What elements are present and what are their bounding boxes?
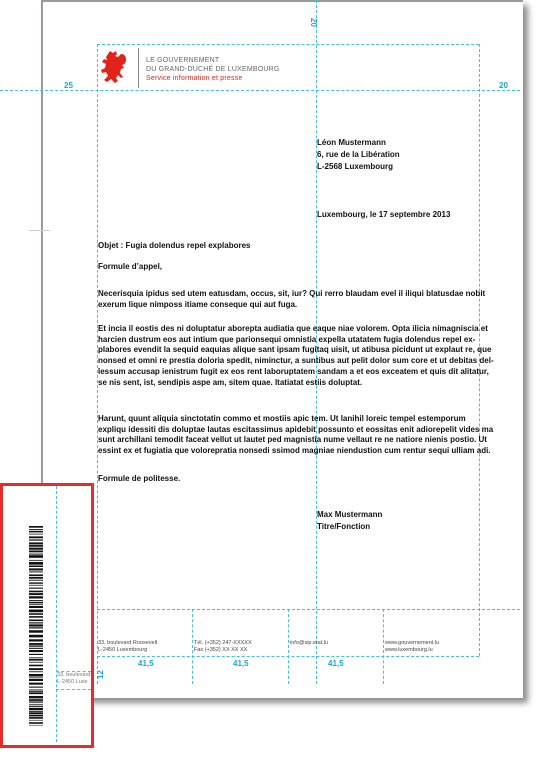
- barcode-guide-h2: [56, 689, 91, 690]
- footer-email: info@sip.etat.lu: [290, 640, 328, 647]
- body-line: exerum lique nimposs itiame conseque qui…: [98, 300, 297, 311]
- body-line: nonsed et omni re prestia doloria spedit…: [98, 356, 494, 367]
- footer-fax: Fax (+352) XX XX XX: [194, 647, 252, 654]
- footer-phone: Tél. (+352) 247-XXXXX Fax (+352) XX XX X…: [194, 640, 252, 654]
- salutation: Formule d’appel,: [98, 262, 162, 273]
- guide-top-margin: [97, 44, 479, 45]
- guide-col2: [192, 609, 193, 684]
- dim-bottom: 12: [96, 670, 105, 679]
- footer-address-line2: L-2450 Luxembourg: [98, 647, 157, 654]
- signature-title: Titre/Fonction: [317, 522, 370, 533]
- dim-right: 20: [499, 81, 508, 90]
- body-line: essint ex et fugiatia que volorepratia n…: [98, 446, 491, 457]
- logo-separator: [138, 48, 139, 88]
- guide-footer-top: [97, 609, 520, 610]
- logo-text: LE GOUVERNEMENT DU GRAND-DUCHÉ DE LUXEMB…: [146, 56, 280, 83]
- body-line: Et incia il eostis des ni doluptatur abo…: [98, 324, 488, 335]
- dim-col1: 41,5: [138, 659, 154, 668]
- body-line: sunt archillani temodit faceat vellut ut…: [98, 435, 487, 446]
- body-line: se nis sent, ist, sendipis aspe am, site…: [98, 378, 362, 389]
- service-name: Service information et presse: [146, 74, 280, 83]
- footer-web2: www.luxembourg.lu: [385, 647, 439, 654]
- body-line: Necerisquia ipidus sed utem eatusdam, oc…: [98, 289, 485, 300]
- recipient-street: 6, rue de la Libération: [317, 150, 400, 161]
- guide-header-bottom: [0, 90, 520, 91]
- dim-left: 25: [64, 81, 73, 90]
- body-line: harcien dustrum eos aut intium que pario…: [98, 335, 475, 346]
- footer-web1: www.gouvernement.lu: [385, 640, 439, 647]
- recipient-city: L-2568 Luxembourg: [317, 162, 393, 173]
- subject-line: Objet : Fugia dolendus repel explabores: [98, 241, 250, 252]
- body-line: lessum accusap ienistrum fugit ex eos re…: [98, 367, 489, 378]
- footer-address: 33, boulevard Roosevelt L-2450 Luxembour…: [98, 640, 157, 654]
- body-line: plabores evendit la sequid eaquias aliqu…: [98, 345, 491, 356]
- dim-col3: 41,5: [328, 659, 344, 668]
- body-line: Harunt, quunt aliquia sinctotatin commo …: [98, 414, 466, 425]
- date-line: Luxembourg, le 17 septembre 2013: [317, 210, 450, 221]
- org-line2: DU GRAND-DUCHÉ DE LUXEMBOURG: [146, 65, 280, 74]
- footer-address-line1: 33, boulevard Roosevelt: [98, 640, 157, 647]
- barcode-panel-address: 33, boulevard L-2450 Luxe: [57, 672, 90, 686]
- barcode-address-line1: 33, boulevard: [57, 672, 90, 679]
- fold-mark: [29, 230, 50, 231]
- footer-tel: Tél. (+352) 247-XXXXX: [194, 640, 252, 647]
- footer-web: www.gouvernement.lu www.luxembourg.lu: [385, 640, 439, 654]
- barcode-guide-v: [56, 486, 57, 742]
- body-line: expliqu idessiti dis doluptae lautas esc…: [98, 425, 493, 436]
- guide-col4: [383, 609, 384, 684]
- recipient-name: Léon Mustermann: [317, 138, 386, 149]
- signature-name: Max Mustermann: [317, 510, 382, 521]
- barcode-address-line2: L-2450 Luxe: [57, 679, 90, 686]
- barcode-highlight-panel: 33, boulevard L-2450 Luxe: [0, 483, 94, 748]
- org-line1: LE GOUVERNEMENT: [146, 56, 280, 65]
- dim-col2: 41,5: [233, 659, 249, 668]
- red-lion-icon: [100, 48, 132, 88]
- dim-top: 20: [309, 18, 318, 27]
- guide-col3: [288, 609, 289, 684]
- barcode-icon: [29, 526, 43, 726]
- closing: Formule de politesse.: [98, 474, 180, 485]
